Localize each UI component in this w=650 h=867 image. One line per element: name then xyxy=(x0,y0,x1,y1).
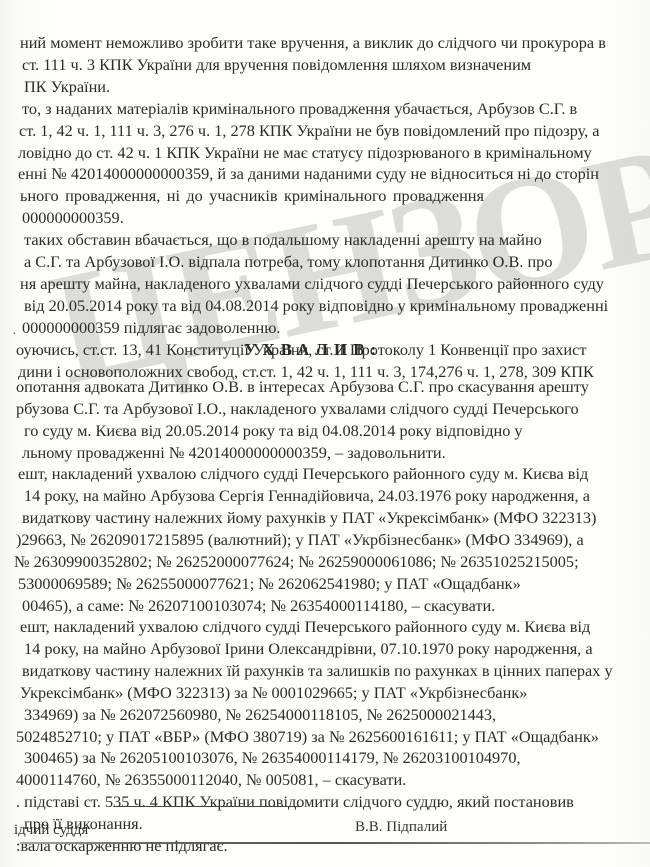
text-line: 334969) за № 262072560980, № 26254000118… xyxy=(24,705,486,725)
text-line: )29663, № 26209017215895 (валютний); у П… xyxy=(16,530,486,550)
document-page: ЦЕНЗОР.НЕТ ний момент неможливо зробити … xyxy=(0,0,650,867)
text-line: 4000114760, № 26355000112040, № 005081, … xyxy=(16,770,406,790)
text-line: 5024852710; у ПАТ «ВБР» (МФО 380719) за … xyxy=(16,727,486,747)
text-line: № 26309900352802; № 26252000077624; № 26… xyxy=(14,552,486,572)
closing-underline xyxy=(113,806,301,807)
text-line: ПК України. xyxy=(24,77,110,97)
text-line: ст. 111 ч. 3 КПК України для вручення по… xyxy=(22,55,484,75)
text-line: 53000069589; № 26255000077621; № 2620625… xyxy=(18,574,486,594)
text-line: ешт, накладений ухвалою слідчого судді П… xyxy=(20,617,486,637)
text-line: 300465) за № 26205100103076, № 263540001… xyxy=(24,748,486,768)
text-line: видаткову частину належних їй рахунків т… xyxy=(22,661,486,681)
text-line: ешт, накладений ухвалою слідчого судді П… xyxy=(18,464,486,484)
text-line: . підставі ст. 535 ч. 4 КПК України пові… xyxy=(16,792,486,812)
text-line: 14 року, на майно Арбузова Сергія Геннад… xyxy=(24,486,486,506)
text-line: ловідно до ст. 42 ч. 1 КПК України не ма… xyxy=(18,143,484,163)
text-line: 00465), а саме: № 26207100103074; № 2635… xyxy=(22,596,495,616)
text-line: таких обставин вбачається, що в подальшо… xyxy=(24,230,484,250)
stray-mark: · xyxy=(12,327,17,343)
text-line: енні № 42014000000000359, й за даними на… xyxy=(18,164,484,184)
text-line: ьного провадження, ні до учасників кримі… xyxy=(20,186,484,206)
text-line: від 20.05.2014 року та від 04.08.2014 ро… xyxy=(24,296,484,316)
text-line: видаткову частину належних йому рахунків… xyxy=(22,508,486,528)
ruling-heading: УХВАЛИВ: xyxy=(244,340,382,360)
text-line: 000000000359. xyxy=(22,208,124,228)
text-line: льному провадженні № 42014000000000359, … xyxy=(22,443,446,463)
watermark-dot: . xyxy=(642,108,650,290)
text-line: го суду м. Києва від 20.05.2014 року та … xyxy=(24,421,486,441)
text-line: ний момент неможливо зробити таке вручен… xyxy=(20,33,484,53)
text-line: Укрексімбанк» (МФО 322313) за № 00010296… xyxy=(20,683,486,703)
signature-rule xyxy=(20,842,650,844)
text-line: то, з наданих матеріалів кримінального п… xyxy=(22,99,484,119)
text-line: а С.Г. та Арбузової І.О. відпала потреба… xyxy=(24,252,484,272)
text-line: ст. 1, 42 ч. 1, 111 ч. 3, 276 ч. 1, 278 … xyxy=(19,121,484,141)
signature-name: В.В. Підпалий xyxy=(355,819,447,836)
text-line: рбузова С.Г. та Арбузової І.О., накладен… xyxy=(16,399,486,419)
text-line: опотання адвоката Дитинко О.В. в інтерес… xyxy=(16,377,486,397)
text-line: 000000000359 підлягає задоволенню. xyxy=(22,318,280,338)
text-line: ня арешту майна, накладеного ухвалами сл… xyxy=(20,274,484,294)
signature-role: ідчий суддя xyxy=(14,822,88,839)
text-line: 14 року, на майно Арбузової Ірини Олекса… xyxy=(24,639,486,659)
